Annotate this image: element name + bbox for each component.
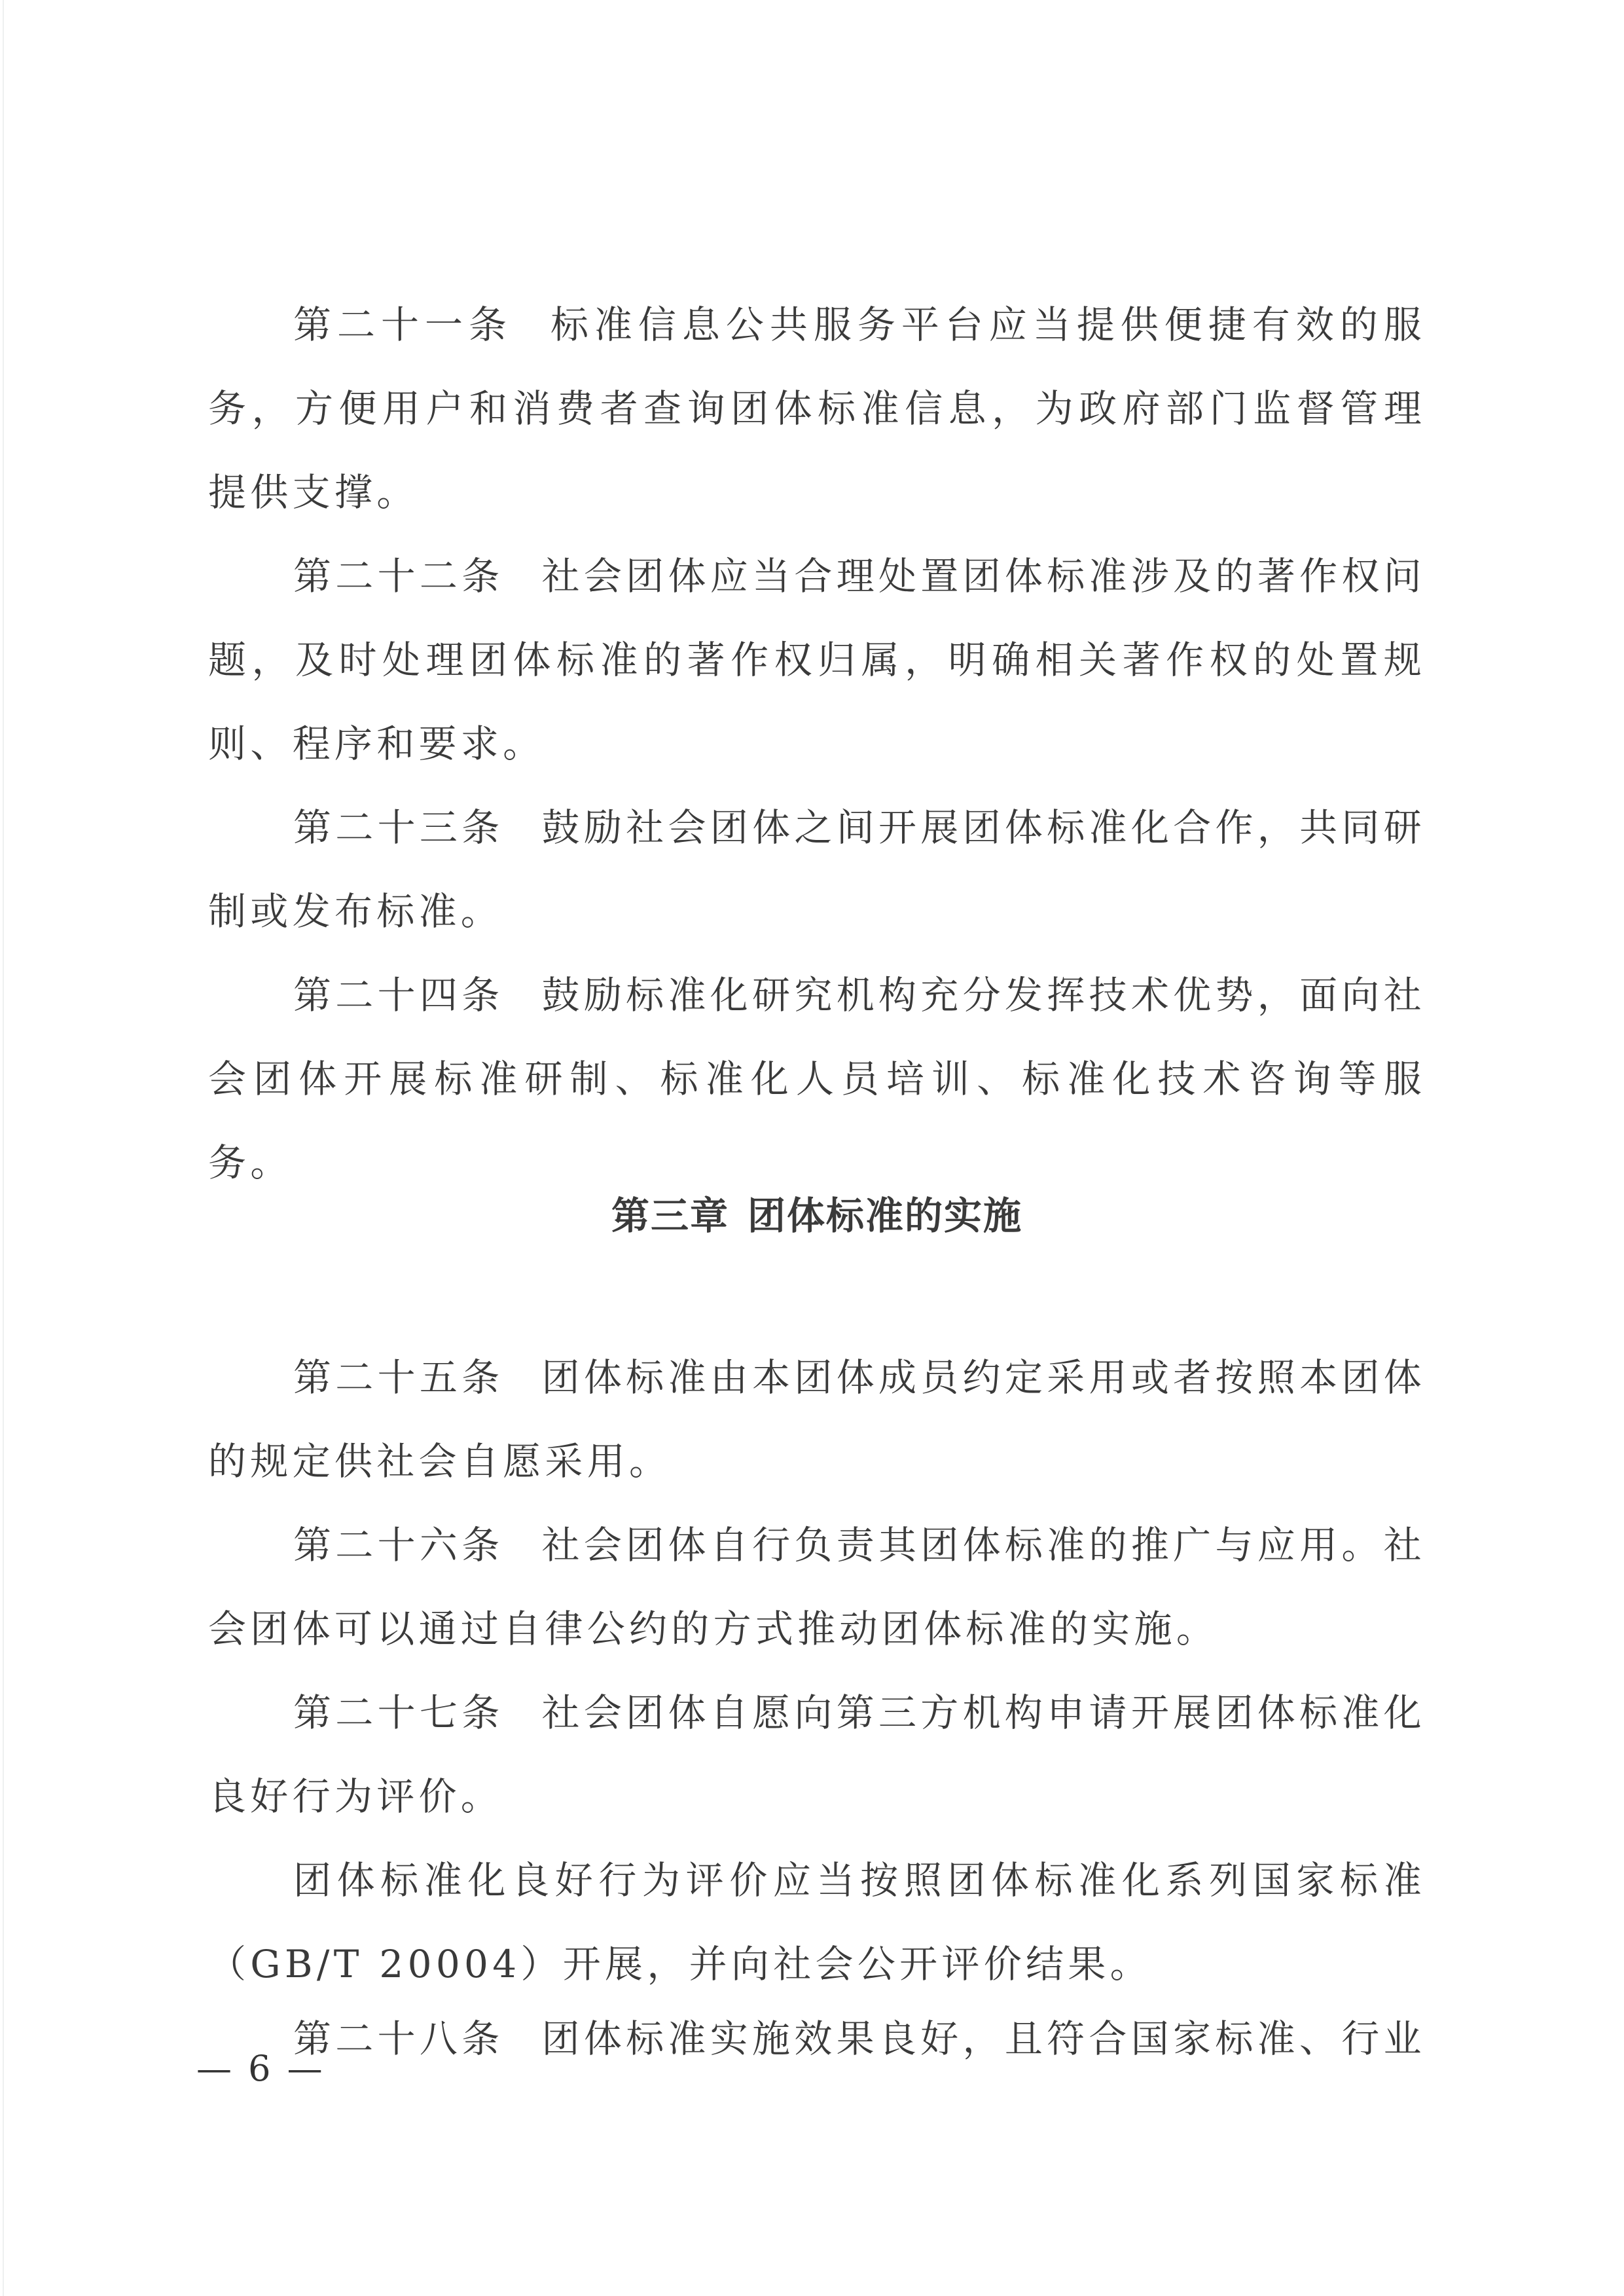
- article-number: 第二十六条: [293, 1523, 504, 1567]
- chapter-title: 团体标准的实施: [748, 1194, 1022, 1238]
- article-25: 第二十五条团体标准由本团体成员约定采用或者按照本团体的规定供社会自愿采用。: [208, 1336, 1426, 1503]
- article-text: 团体标准实施效果良好，且符合国家标准、行业: [542, 2016, 1426, 2061]
- article-28: 第二十八条团体标准实施效果良好，且符合国家标准、行业: [208, 1997, 1426, 2081]
- article-24: 第二十四条鼓励标准化研究机构充分发挥技术优势，面向社会团体开展标准研制、标准化人…: [208, 953, 1426, 1205]
- article-26: 第二十六条社会团体自行负责其团体标准的推广与应用。社会团体可以通过自律公约的方式…: [208, 1503, 1426, 1671]
- article-number: 第二十四条: [293, 973, 504, 1017]
- chapter-number: 第三章: [611, 1194, 729, 1238]
- scan-edge-shadow: [3, 0, 4, 2296]
- article-number: 第二十七条: [293, 1690, 504, 1735]
- chapter-heading: 第三章团体标准的实施: [208, 1185, 1426, 1240]
- article-27-evaluation-paragraph: 团体标准化良好行为评价应当按照团体标准化系列国家标准（GB/T 20004）开展…: [208, 1838, 1426, 2006]
- article-21: 第二十一条标准信息公共服务平台应当提供便捷有效的服务，方便用户和消费者查询团体标…: [208, 283, 1426, 534]
- article-number: 第二十二条: [293, 554, 504, 598]
- article-number: 第二十一条: [293, 302, 513, 347]
- article-27: 第二十七条社会团体自愿向第三方机构申请开展团体标准化良好行为评价。: [208, 1671, 1426, 1838]
- page-number: — 6 —: [196, 2048, 325, 2089]
- paragraph-text: 团体标准化良好行为评价应当按照团体标准化系列国家标准（GB/T 20004）开展…: [208, 1858, 1426, 1986]
- article-number: 第二十五条: [293, 1355, 504, 1400]
- article-22: 第二十二条社会团体应当合理处置团体标准涉及的著作权问题，及时处理团体标准的著作权…: [208, 534, 1426, 786]
- article-23: 第二十三条鼓励社会团体之间开展团体标准化合作，共同研制或发布标准。: [208, 786, 1426, 953]
- article-number: 第二十三条: [293, 805, 504, 850]
